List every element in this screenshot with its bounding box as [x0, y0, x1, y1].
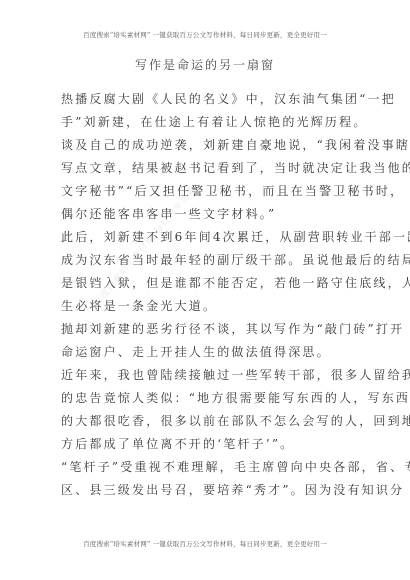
text-line: 命运窗户、走上开挂人生的做法值得深思。 [61, 341, 352, 364]
paragraph-1: 热播反腐大剧《人民的名义》中，汉东油气集团“一把 手”刘新建，在仕途上有着让人惊… [61, 88, 352, 134]
text-line: 文字秘书”“后又担任警卫秘书，而且在当警卫秘书时， [61, 180, 352, 203]
text-line: 是银铛入狱，但是谁都不能否定，若他一路守住底线，人 [61, 272, 352, 295]
text-line: 的大都很吃香，很多以前在部队不怎么会写的人，回到地 [61, 410, 352, 433]
text-line: 区、县三级发出号召，要培养“秀才”。因为没有知识分 [61, 479, 352, 502]
text-line: 成为汉东省当时最年轻的副厅级干部。虽说他最后的结局 [61, 249, 352, 272]
page-header: 百度搜索“培实素材网” 一键获取百万公文写作材料，每日同步更新，更全更好用一 [0, 30, 410, 39]
text-line: 的忠告竟惊人类似：“地方很需要能写东西的人，写东西 [61, 387, 352, 410]
paragraph-2: 谈及自己的成功逆袭，刘新建自豪地说，“我闲着没事瞎 写点文章，结果被赵书记看到了… [61, 134, 352, 226]
page-footer: 百度搜索“培实素材网” 一键获取百万公文写作材料，每日同步更新，更全更好用一 [0, 539, 410, 548]
text-line: 方后都成了单位离不开的‘笔杆子’”。 [61, 433, 352, 456]
text-line: 近年来，我也曾陆续接触过一些军转干部，很多人留给我 [61, 364, 352, 387]
paragraph-3: 此后，刘新建不到6年间4次累迁，从副营职转业干部一跃 成为汉东省当时最年轻的副厅… [61, 226, 352, 318]
text-line: 写点文章，结果被赵书记看到了，当时就决定让我当他的 [61, 157, 352, 180]
document-title: 写作是命运的另一扇窗 [0, 56, 410, 73]
text-line: 偶尔还能客串客串一些文字材料。” [61, 203, 352, 226]
text-line: 抛却刘新建的恶劣行径不谈，其以写作为“敲门砖”打开 [61, 318, 352, 341]
paragraph-6: “笔杆子”受重视不难理解，毛主席曾向中央各部，省、专 区、县三级发出号召，要培养… [61, 456, 352, 502]
text-line: 生必将是一条金光大道。 [61, 295, 352, 318]
text-line: 手”刘新建，在仕途上有着让人惊艳的光辉历程。 [61, 111, 352, 134]
document-body: 热播反腐大剧《人民的名义》中，汉东油气集团“一把 手”刘新建，在仕途上有着让人惊… [61, 88, 352, 502]
paragraph-5: 近年来，我也曾陆续接触过一些军转干部，很多人留给我 的忠告竟惊人类似：“地方很需… [61, 364, 352, 456]
text-line: 此后，刘新建不到6年间4次累迁，从副营职转业干部一跃 [61, 226, 352, 249]
text-line: 热播反腐大剧《人民的名义》中，汉东油气集团“一把 [61, 88, 352, 111]
text-line: 谈及自己的成功逆袭，刘新建自豪地说，“我闲着没事瞎 [61, 134, 352, 157]
paragraph-4: 抛却刘新建的恶劣行径不谈，其以写作为“敲门砖”打开 命运窗户、走上开挂人生的做法… [61, 318, 352, 364]
text-line: “笔杆子”受重视不难理解，毛主席曾向中央各部，省、专 [61, 456, 352, 479]
